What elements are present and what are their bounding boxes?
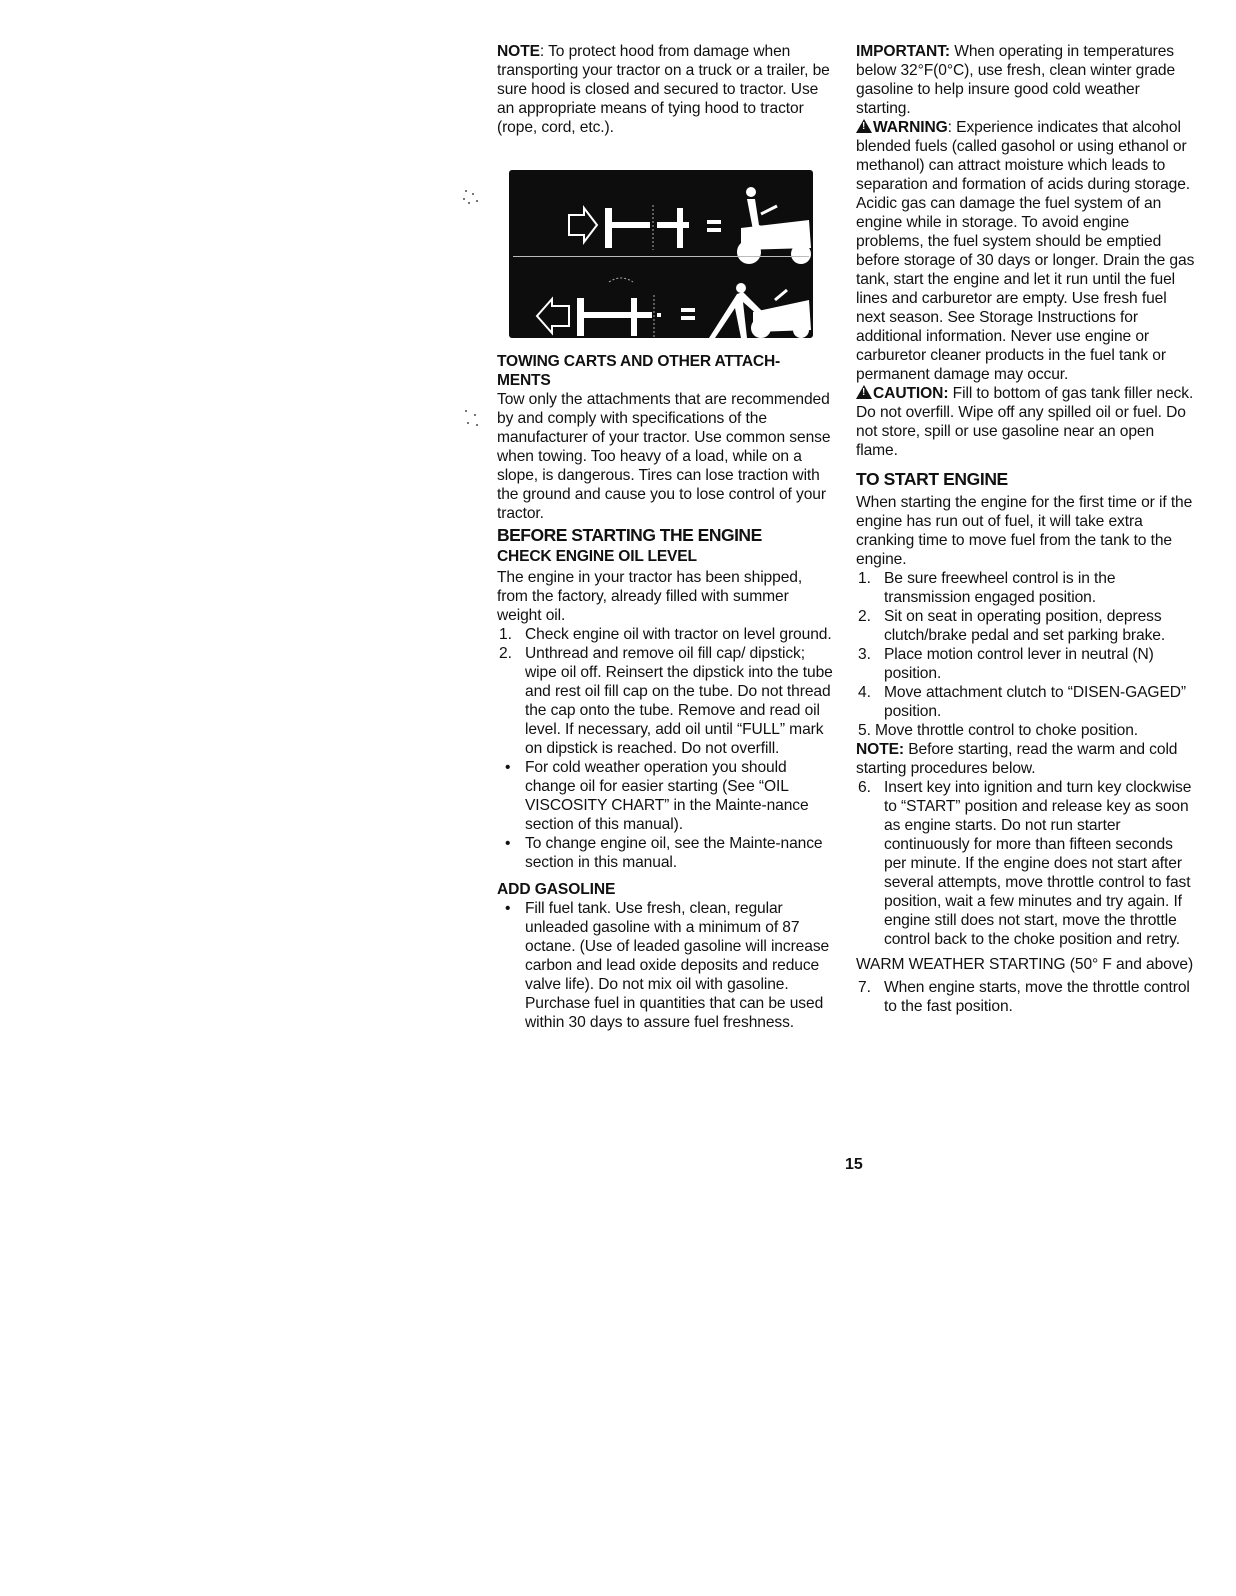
right-column: IMPORTANT: When operating in temperature… — [856, 42, 1196, 1016]
list-item: •For cold weather operation you should c… — [497, 758, 837, 834]
bullet-text: Fill fuel tank. Use fresh, clean, regula… — [525, 900, 829, 1031]
to-start-engine-heading: TO START ENGINE — [856, 470, 1196, 489]
check-oil-heading: CHECK ENGINE OIL LEVEL — [497, 547, 837, 566]
page-number: 15 — [845, 1156, 863, 1174]
equals-icon — [681, 308, 695, 320]
towing-heading-line2: MENTS — [497, 371, 837, 390]
rider-on-tractor-icon — [737, 187, 811, 264]
step-marker: 4. — [858, 683, 871, 702]
warning-triangle-icon — [856, 119, 872, 133]
step-marker: 2. — [499, 644, 512, 663]
important-label: IMPORTANT: — [856, 43, 950, 60]
step-text: Check engine oil with tractor on level g… — [525, 626, 832, 643]
bullet-icon: • — [505, 899, 510, 918]
list-item: •Fill fuel tank. Use fresh, clean, regul… — [497, 899, 837, 1032]
freewheel-diagram-illustration — [509, 170, 813, 338]
note-label: NOTE — [497, 43, 540, 60]
step-marker: 7. — [858, 978, 871, 997]
list-item: •To change engine oil, see the Mainte-na… — [497, 834, 837, 872]
check-oil-intro: The engine in your tractor has been ship… — [497, 568, 837, 625]
freewheel-diagram — [509, 170, 813, 338]
step-text: Move throttle control to choke position. — [875, 722, 1138, 739]
warning-notice: WARNING: Experience indicates that alcoh… — [856, 118, 1196, 384]
step-text: Insert key into ignition and turn key cl… — [884, 779, 1191, 948]
list-item: 4.Move attachment clutch to “DISEN-GAGED… — [856, 683, 1196, 721]
step-text: When engine starts, move the throttle co… — [884, 979, 1190, 1015]
start-steps: 1.Be sure freewheel control is in the tr… — [856, 569, 1196, 721]
warm-weather-steps: 7.When engine starts, move the throttle … — [856, 978, 1196, 1016]
list-item: 2.Unthread and remove oil fill cap/ dips… — [497, 644, 837, 758]
left-column-lower: TOWING CARTS AND OTHER ATTACH- MENTS Tow… — [497, 352, 837, 1032]
start-steps-continued: 6.Insert key into ignition and turn key … — [856, 778, 1196, 949]
step-text: Place motion control lever in neutral (N… — [884, 646, 1154, 682]
step-marker: 1. — [499, 625, 512, 644]
towing-body: Tow only the attachments that are recomm… — [497, 390, 837, 523]
margin-specks — [462, 408, 482, 428]
important-notice: IMPORTANT: When operating in temperature… — [856, 42, 1196, 118]
list-item: 3.Place motion control lever in neutral … — [856, 645, 1196, 683]
note-label: NOTE: — [856, 741, 904, 758]
note-text: Before starting, read the warm and cold … — [856, 741, 1177, 777]
towing-heading: TOWING CARTS AND OTHER ATTACH- MENTS — [497, 352, 837, 390]
left-column: NOTE: To protect hood from damage when t… — [497, 42, 837, 137]
bullet-text: To change engine oil, see the Mainte-nan… — [525, 835, 823, 871]
step-text: Sit on seat in operating position, depre… — [884, 608, 1165, 644]
bullet-text: For cold weather operation you should ch… — [525, 759, 809, 833]
step-text: Be sure freewheel control is in the tran… — [884, 570, 1115, 606]
arrow-right-outline-icon — [569, 208, 597, 242]
margin-specks — [462, 188, 482, 208]
before-starting-heading: BEFORE STARTING THE ENGINE — [497, 526, 837, 545]
list-item: 1.Check engine oil with tractor on level… — [497, 625, 837, 644]
equals-icon — [707, 220, 721, 232]
person-pushing-tractor-icon — [709, 283, 811, 338]
step-marker: 5. — [858, 722, 871, 739]
warning-label: WARNING — [873, 119, 948, 136]
step-marker: 3. — [858, 645, 871, 664]
towing-heading-line1: TOWING CARTS AND OTHER ATTACH- — [497, 352, 837, 371]
list-item: 2.Sit on seat in operating position, dep… — [856, 607, 1196, 645]
note-text: : To protect hood from damage when trans… — [497, 43, 830, 136]
warm-weather-heading: WARM WEATHER STARTING (50° F and above) — [856, 955, 1196, 974]
list-item: 1.Be sure freewheel control is in the tr… — [856, 569, 1196, 607]
hood-note: NOTE: To protect hood from damage when t… — [497, 42, 837, 137]
step-marker: 1. — [858, 569, 871, 588]
step-marker: 2. — [858, 607, 871, 626]
figure-divider — [513, 256, 809, 257]
check-oil-steps: 1.Check engine oil with tractor on level… — [497, 625, 837, 758]
rod-pushed-in-icon — [605, 205, 689, 250]
add-gasoline-bullets: •Fill fuel tank. Use fresh, clean, regul… — [497, 899, 837, 1032]
step-5: 5. Move throttle control to choke positi… — [856, 721, 1196, 740]
caution-label: CAUTION: — [873, 385, 948, 402]
step-text: Move attachment clutch to “DISEN-GAGED” … — [884, 684, 1186, 720]
to-start-intro: When starting the engine for the first t… — [856, 493, 1196, 569]
step-text: Unthread and remove oil fill cap/ dipsti… — [525, 645, 833, 757]
bullet-icon: • — [505, 834, 510, 853]
check-oil-bullets: •For cold weather operation you should c… — [497, 758, 837, 872]
caution-notice: CAUTION: Fill to bottom of gas tank fill… — [856, 384, 1196, 460]
add-gasoline-heading: ADD GASOLINE — [497, 880, 837, 899]
warning-text: : Experience indicates that alcohol blen… — [856, 119, 1194, 383]
start-note: NOTE: Before starting, read the warm and… — [856, 740, 1196, 778]
bullet-icon: • — [505, 758, 510, 777]
list-item: 7.When engine starts, move the throttle … — [856, 978, 1196, 1016]
rod-pulled-out-icon — [577, 278, 661, 338]
caution-triangle-icon — [856, 385, 872, 399]
arrow-left-outline-icon — [537, 299, 569, 333]
step-marker: 6. — [858, 778, 871, 797]
list-item: 6.Insert key into ignition and turn key … — [856, 778, 1196, 949]
